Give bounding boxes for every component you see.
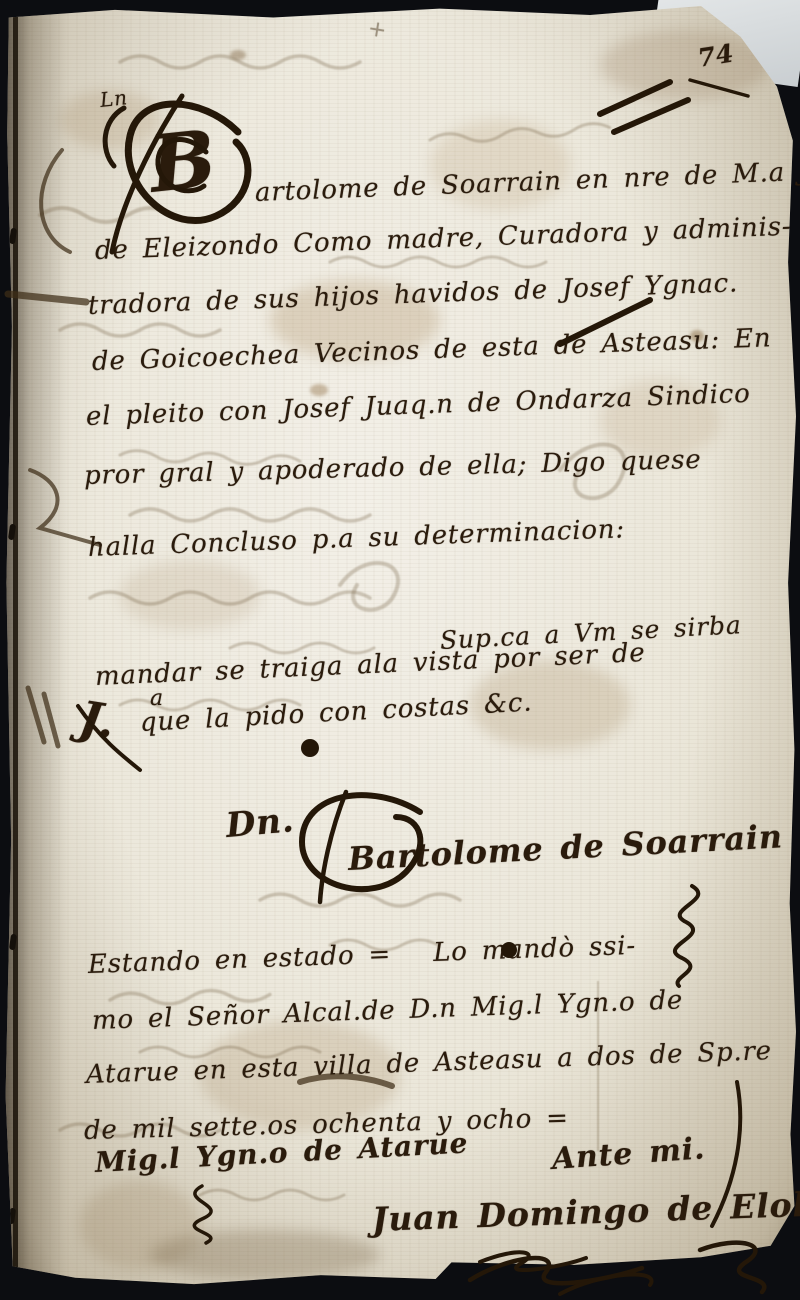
pen-slashes bbox=[600, 82, 688, 132]
alcalde-rubric bbox=[194, 1186, 211, 1243]
opening-flourish-slash bbox=[112, 96, 182, 252]
flourish-layer bbox=[0, 0, 800, 1300]
opening-flourish-inner bbox=[158, 140, 206, 191]
petition-initial-cross-stroke bbox=[78, 706, 140, 770]
ink-blot bbox=[501, 942, 517, 958]
pen-slash bbox=[560, 300, 650, 344]
ink-blot bbox=[301, 739, 319, 757]
descender-stroke bbox=[712, 1082, 740, 1226]
signature-flourish-loop bbox=[302, 795, 420, 889]
party-signature-rubric bbox=[675, 886, 698, 986]
notary-rubric bbox=[700, 1243, 764, 1292]
folio-underline bbox=[690, 80, 748, 96]
manuscript-scan: + 74 Ln B artolome de Soarrain en nre de… bbox=[0, 0, 800, 1300]
opening-flourish-leadin bbox=[105, 108, 124, 166]
notary-rubric bbox=[470, 1258, 642, 1283]
